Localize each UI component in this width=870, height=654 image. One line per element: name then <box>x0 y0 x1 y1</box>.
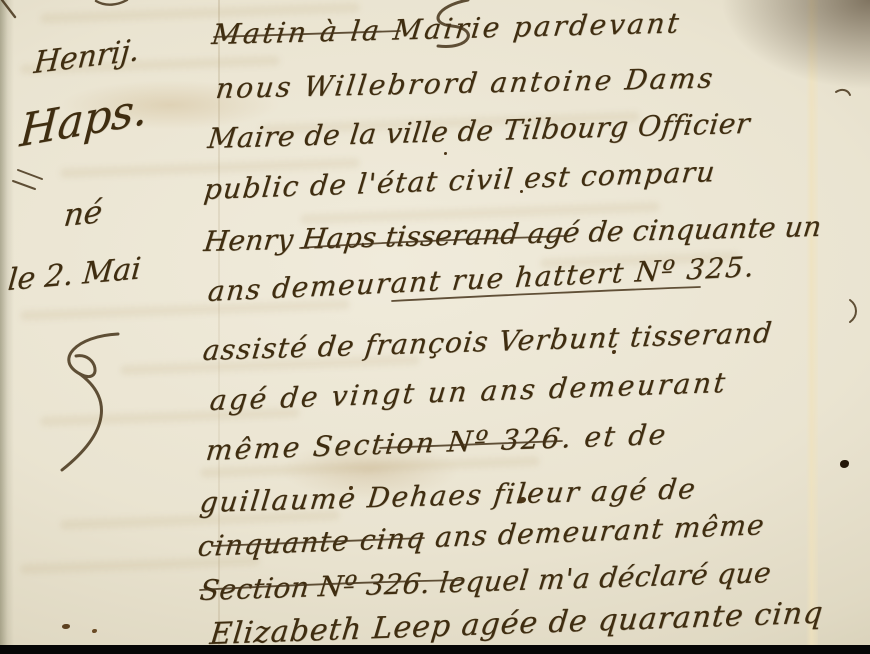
margin-brace-flourish <box>69 334 118 377</box>
margin-note-born: né <box>62 194 104 235</box>
manuscript-line: guillaume Dehaes fileur agé de <box>198 472 698 519</box>
ditto-mark <box>18 170 42 179</box>
manuscript-line: ans demeurant rue hattert Nº 325. <box>206 250 756 308</box>
ditto-mark <box>13 181 35 189</box>
manuscript-page-scan: Henrij. Haps. né le 2. Mai Matin à la Ma… <box>0 0 870 654</box>
page-edge-highlight <box>806 0 818 654</box>
manuscript-line: Maire de la ville de Tilbourg Officier <box>206 107 752 155</box>
gutter-shadow <box>720 0 870 90</box>
manuscript-line: Elizabeth Leep agée de quarante cinq <box>208 596 825 653</box>
page-left-edge <box>0 0 14 654</box>
ink-speck <box>62 624 70 629</box>
scan-crop-bar <box>0 645 870 654</box>
manuscript-line: nous Willebrord antoine Dams <box>214 62 717 106</box>
manuscript-line: agé de vingt un ans demeurant <box>208 366 729 417</box>
margin-note-firstname: Henrij. <box>32 33 140 82</box>
manuscript-line: assisté de françois Verbunt tisserand <box>201 316 774 367</box>
ink-speck <box>444 152 447 155</box>
ink-speck <box>92 629 97 633</box>
margin-note-surname: Haps. <box>18 83 149 158</box>
cutoff-stroke <box>96 0 127 5</box>
margin-note-date: le 2. Mai <box>6 251 142 298</box>
